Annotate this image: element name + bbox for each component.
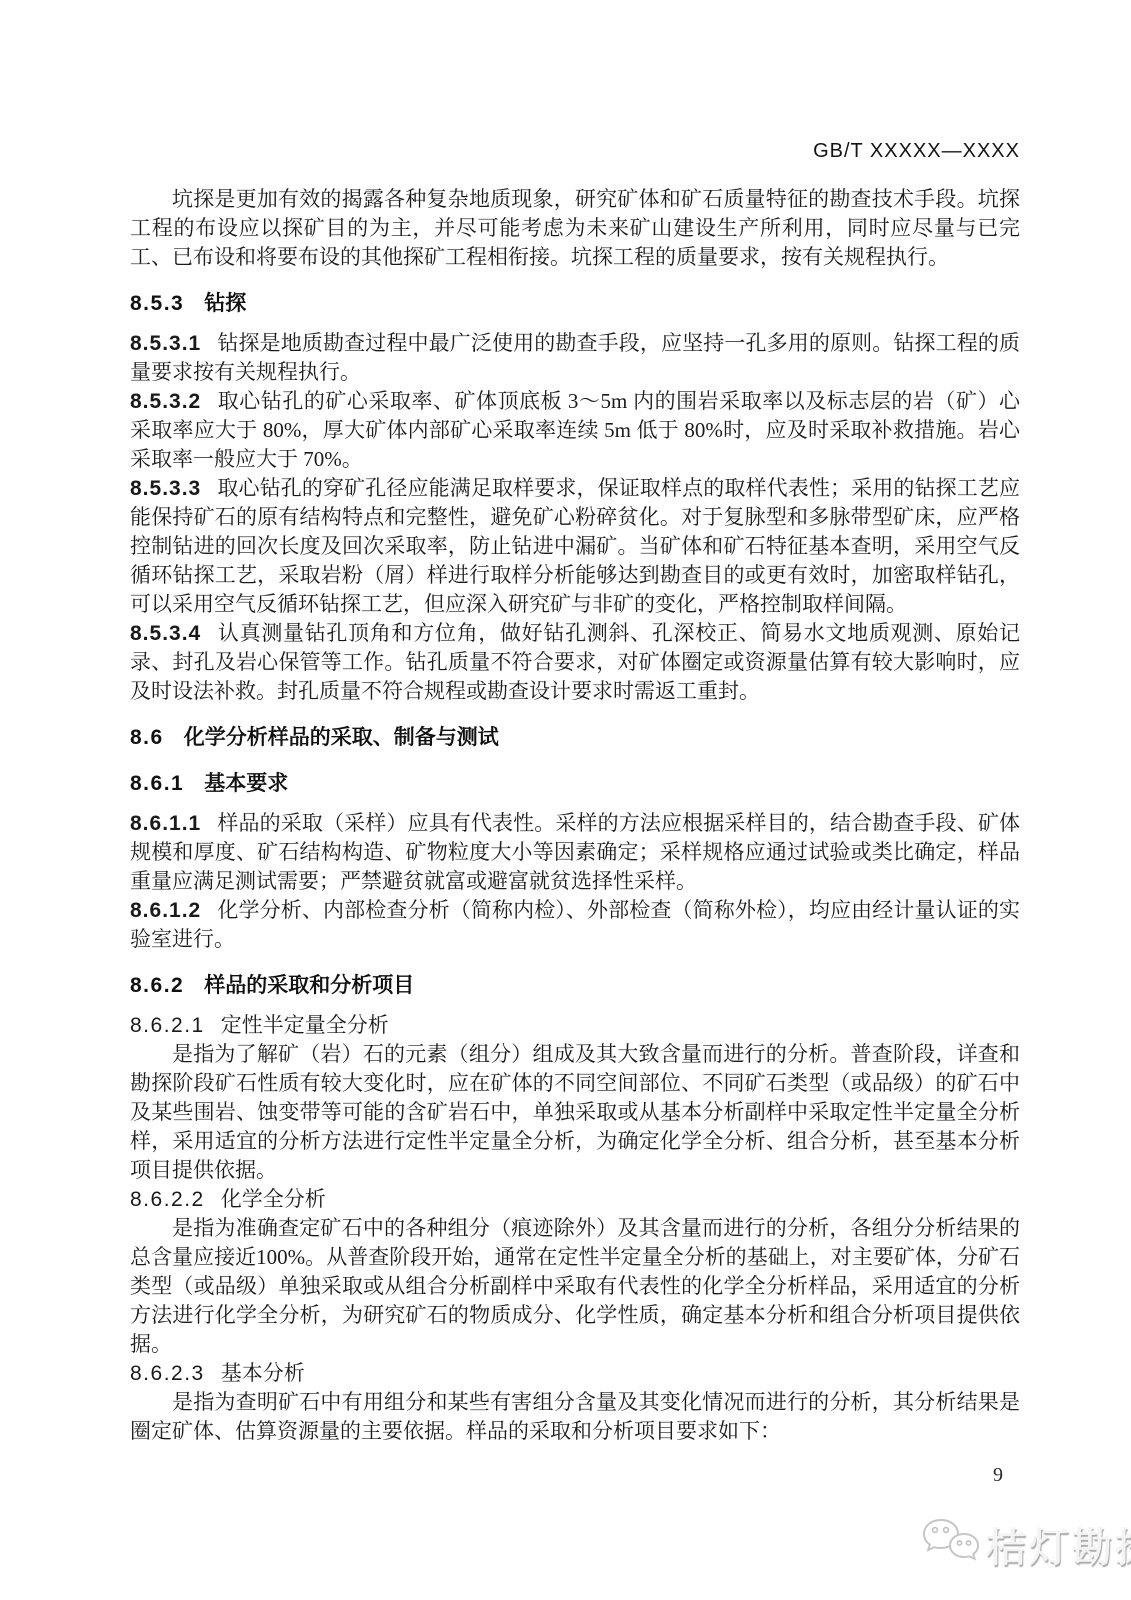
section-number: 8.5.3 [130,292,204,315]
clause-number: 8.6.1.2 [130,899,217,922]
section-heading-8-6: 8.6化学分析样品的采取、制备与测试 [130,723,1020,752]
body-paragraph-8-6-2-1: 是指为了解矿（岩）石的元素（组分）组成及其大致含量而进行的分析。普查阶段，详查和… [130,1040,1020,1185]
clause-number: 8.5.3.1 [130,332,217,355]
subclause-title: 定性半定量全分析 [221,1013,389,1037]
clause-8-5-3-4: 8.5.3.4认真测量钻孔顶角和方位角，做好钻孔测斜、孔深校正、简易水文地质观测… [130,619,1020,706]
section-number: 8.6 [130,726,184,749]
section-number: 8.6.2 [130,974,204,997]
clause-8-5-3-2: 8.5.3.2取心钻孔的矿心采取率、矿体顶底板 3～5m 内的围岩采取率以及标志… [130,387,1020,474]
page-number: 9 [968,1464,1028,1487]
body-paragraph-8-6-2-2: 是指为准确查定矿石中的各种组分（痕迹除外）及其含量而进行的分析，各组分分析结果的… [130,1214,1020,1359]
watermark-text: 桔灯勘探 [986,1516,1131,1573]
clause-number: 8.6.1.1 [130,812,217,835]
clause-number: 8.5.3.3 [130,477,217,500]
clause-text: 认真测量钻孔顶角和方位角，做好钻孔测斜、孔深校正、简易水文地质观测、原始记录、封… [130,621,1020,703]
clause-8-5-3-3: 8.5.3.3取心钻孔的穿矿孔径应能满足取样要求，保证取样点的取样代表性；采用的… [130,474,1020,619]
clause-number: 8.5.3.4 [130,622,217,645]
clause-text: 化学分析、内部检查分析（简称内检）、外部检查（简称外检），均应由经计量认证的实验… [130,898,1020,951]
document-page: GB/T XXXXX—XXXX 坑探是更加有效的揭露各种复杂地质现象，研究矿体和… [0,0,1131,1600]
clause-8-6-1-1: 8.6.1.1样品的采取（采样）应具有代表性。采样的方法应根据采样目的，结合勘查… [130,809,1020,896]
subclause-heading-8-6-2-3: 8.6.2.3基本分析 [130,1359,1020,1388]
clause-text: 样品的采取（采样）应具有代表性。采样的方法应根据采样目的，结合勘查手段、矿体规模… [130,811,1020,893]
section-title: 钻探 [204,292,246,315]
paragraph-text: 是指为了解矿（岩）石的元素（组分）组成及其大致含量而进行的分析。普查阶段，详查和… [130,1042,1020,1182]
section-number: 8.6.1 [130,772,204,795]
subclause-number: 8.6.2.3 [130,1362,221,1385]
section-heading-8-6-1: 8.6.1基本要求 [130,769,1020,798]
watermark: 桔灯勘探 [920,1516,1131,1573]
subclause-heading-8-6-2-2: 8.6.2.2化学全分析 [130,1185,1020,1214]
clause-text: 取心钻孔的穿矿孔径应能满足取样要求，保证取样点的取样代表性；采用的钻探工艺应能保… [130,476,1020,616]
subclause-title: 化学全分析 [221,1187,326,1211]
clause-8-6-1-2: 8.6.1.2化学分析、内部检查分析（简称内检）、外部检查（简称外检），均应由经… [130,896,1020,954]
body-paragraph-8-6-2-3: 是指为查明矿石中有用组分和某些有害组分含量及其变化情况而进行的分析，其分析结果是… [130,1388,1020,1446]
section-title: 化学分析样品的采取、制备与测试 [184,726,499,749]
page-content: GB/T XXXXX—XXXX 坑探是更加有效的揭露各种复杂地质现象，研究矿体和… [130,140,1020,1446]
clause-text: 钻探是地质勘查过程中最广泛使用的勘查手段，应坚持一孔多用的原则。钻探工程的质量要… [130,331,1020,384]
section-heading-8-5-3: 8.5.3钻探 [130,289,1020,318]
intro-paragraph: 坑探是更加有效的揭露各种复杂地质现象，研究矿体和矿石质量特征的勘查技术手段。坑探… [130,185,1020,272]
paragraph-text: 是指为准确查定矿石中的各种组分（痕迹除外）及其含量而进行的分析，各组分分析结果的… [130,1216,1020,1356]
subclause-heading-8-6-2-1: 8.6.2.1定性半定量全分析 [130,1011,1020,1040]
section-title: 基本要求 [204,772,288,795]
section-title: 样品的采取和分析项目 [204,974,414,997]
paragraph-text: 坑探是更加有效的揭露各种复杂地质现象，研究矿体和矿石质量特征的勘查技术手段。坑探… [130,187,1020,269]
clause-text: 取心钻孔的矿心采取率、矿体顶底板 3～5m 内的围岩采取率以及标志层的岩（矿）心… [130,389,1020,471]
clause-8-5-3-1: 8.5.3.1钻探是地质勘查过程中最广泛使用的勘查手段，应坚持一孔多用的原则。钻… [130,329,1020,387]
wechat-icon [920,1517,982,1572]
clause-number: 8.5.3.2 [130,390,217,413]
subclause-number: 8.6.2.2 [130,1188,221,1211]
standard-code-header: GB/T XXXXX—XXXX [130,140,1020,163]
subclause-title: 基本分析 [221,1361,305,1385]
subclause-number: 8.6.2.1 [130,1014,221,1037]
paragraph-text: 是指为查明矿石中有用组分和某些有害组分含量及其变化情况而进行的分析，其分析结果是… [130,1390,1020,1443]
section-heading-8-6-2: 8.6.2样品的采取和分析项目 [130,971,1020,1000]
